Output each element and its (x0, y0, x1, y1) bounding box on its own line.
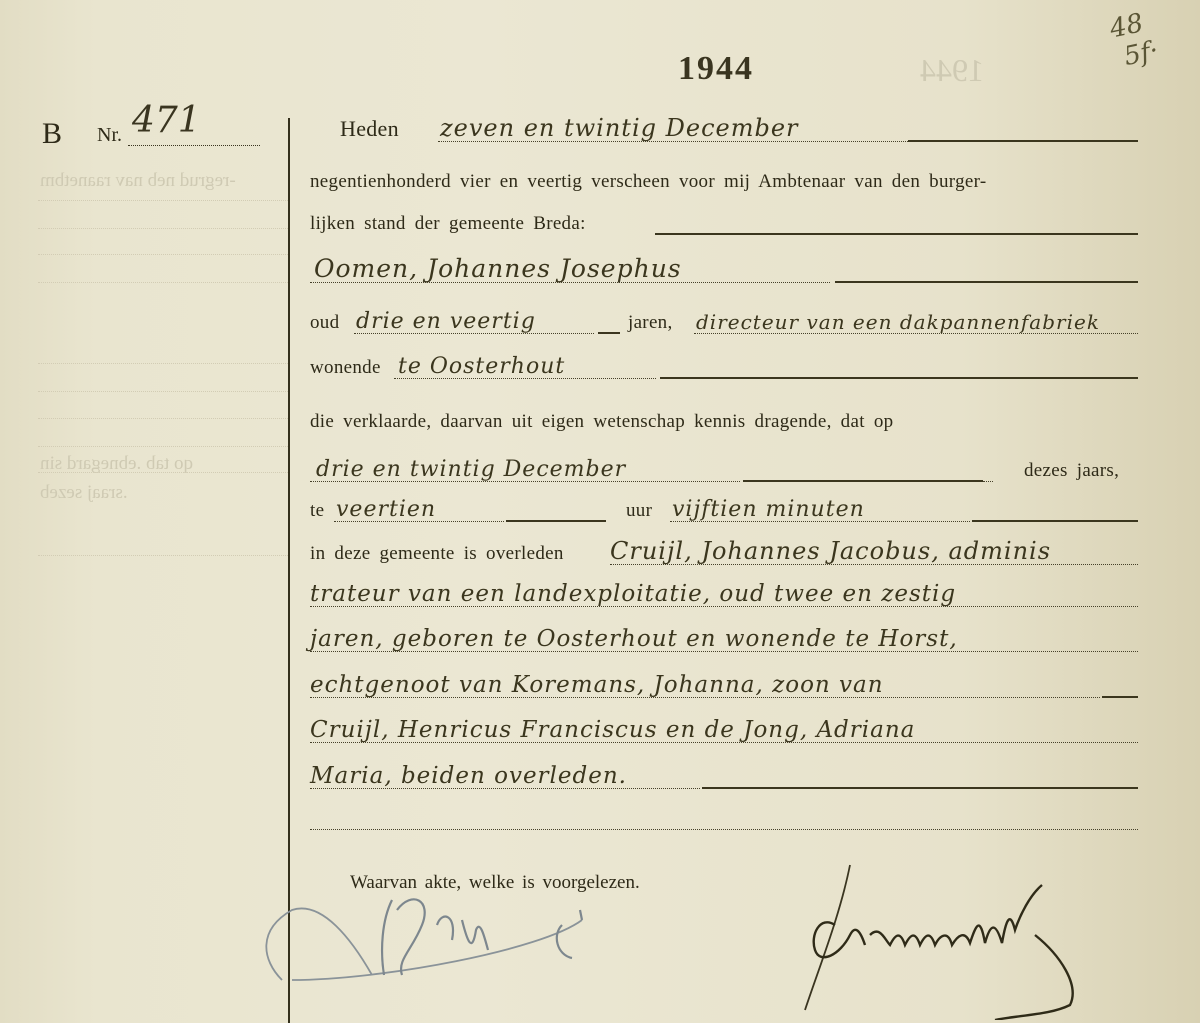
deceased-details: trateur van een landexploitatie, oud twe… (310, 581, 956, 607)
record-number-dotted-rule (128, 145, 260, 146)
printed-text: Heden (340, 116, 399, 142)
death-minutes: vijftien minuten (672, 497, 865, 522)
bleed-through-rule (38, 282, 288, 283)
register-letter: B (42, 117, 62, 151)
certificate-line-7: die verklaarde, daarvan uit eigen wetens… (310, 403, 1138, 439)
certificate-line-3: lijken stand der gemeente Breda: (310, 205, 1138, 241)
bleed-through-rule (38, 200, 288, 201)
certificate-line-10: in deze gemeente is overleden Cruijl, Jo… (310, 535, 1138, 571)
declarant-name: Oomen, Johannes Josephus (314, 254, 682, 283)
bleed-through-rule (38, 228, 288, 229)
printed-text: wonende (310, 357, 381, 379)
certificate-line-13: echtgenoot van Koremans, Johanna, zoon v… (310, 668, 1138, 704)
handwritten-date: zeven en twintig December (440, 114, 799, 142)
certificate-line-6: wonende te Oosterhout (310, 349, 1138, 385)
dotted-rule (310, 829, 1138, 830)
certificate-line-5: oud drie en veertig jaren, directeur van… (310, 304, 1138, 340)
printed-text: te (310, 500, 324, 522)
printed-text: jaren, (628, 312, 673, 334)
printed-text: dezes jaars, (1024, 460, 1119, 482)
record-number-label: Nr. (97, 124, 122, 147)
margin-annotation-line: 5f· (1121, 36, 1161, 73)
declarant-signature (262, 880, 662, 990)
bleed-through-rule (38, 418, 288, 419)
printed-text: negentienhonderd vier en veertig versche… (310, 171, 986, 193)
margin-annotation: 48 5f· (1107, 6, 1161, 74)
fill-rule (655, 233, 1138, 235)
fill-rule (506, 520, 606, 522)
bleed-through-rule (38, 363, 288, 364)
bleed-through-text: -regrud neb nav raanetbm (40, 170, 236, 192)
fill-rule (743, 480, 983, 482)
fill-rule (972, 520, 1138, 522)
fill-rule (598, 332, 620, 334)
death-date: drie en twintig December (316, 457, 626, 482)
bleed-through-year: 1944 (920, 52, 984, 89)
certificate-page: 1944 -regrud neb nav raanetbm qo tab .eb… (0, 0, 1200, 1023)
fill-rule (1102, 696, 1138, 698)
fill-rule (835, 281, 1138, 283)
printed-text: uur (626, 500, 652, 522)
certificate-line-1: Heden zeven en twintig December (310, 112, 1138, 148)
certificate-line-14: Cruijl, Henricus Franciscus en de Jong, … (310, 713, 1138, 749)
certificate-line-4: Oomen, Johannes Josephus (310, 253, 1138, 289)
deceased-spouse: echtgenoot van Koremans, Johanna, zoon v… (310, 672, 884, 698)
certificate-line-11: trateur van een landexploitatie, oud twe… (310, 577, 1138, 613)
heden-label: Heden (340, 116, 399, 141)
record-number-value: 471 (132, 100, 201, 141)
deceased-name: Cruijl, Johannes Jacobus, adminis (610, 537, 1051, 565)
declarant-age: drie en veertig (356, 309, 536, 334)
bleed-through-rule (38, 555, 288, 556)
bleed-through-text: .sraaj sezeb (40, 482, 128, 504)
fill-rule (908, 140, 1138, 142)
certificate-line-2: negentienhonderd vier en veertig versche… (310, 163, 1138, 199)
declarant-residence: te Oosterhout (398, 354, 565, 379)
printed-text: die verklaarde, daarvan uit eigen wetens… (310, 411, 893, 433)
deceased-parents: Cruijl, Henricus Franciscus en de Jong, … (310, 717, 915, 743)
fill-rule (702, 787, 1138, 789)
bleed-through-rule (38, 254, 288, 255)
printed-text: in deze gemeente is overleden (310, 543, 564, 565)
deceased-parents-status: Maria, beiden overleden. (310, 763, 627, 789)
dotted-rule (983, 481, 993, 482)
certificate-line-12: jaren, geboren te Oosterhout en wonende … (310, 622, 1138, 658)
death-hour: veertien (336, 497, 436, 522)
deceased-details: jaren, geboren te Oosterhout en wonende … (310, 626, 958, 652)
declarant-occupation: directeur van een dakpannenfabriek (696, 310, 1100, 334)
printed-text: lijken stand der gemeente Breda: (310, 213, 586, 235)
printed-text: oud (310, 312, 339, 334)
certificate-line-8: drie en twintig December dezes jaars, (310, 452, 1138, 488)
fill-rule (660, 377, 1138, 379)
certificate-line-15: Maria, beiden overleden. (310, 759, 1138, 795)
certificate-line-16 (310, 800, 1138, 836)
document-year: 1944 (678, 50, 754, 88)
bleed-through-rule (38, 446, 288, 447)
bleed-through-rule (38, 391, 288, 392)
bleed-through-rule (38, 472, 288, 473)
official-signature (780, 855, 1140, 1020)
certificate-line-9: te veertien uur vijftien minuten (310, 492, 1138, 528)
